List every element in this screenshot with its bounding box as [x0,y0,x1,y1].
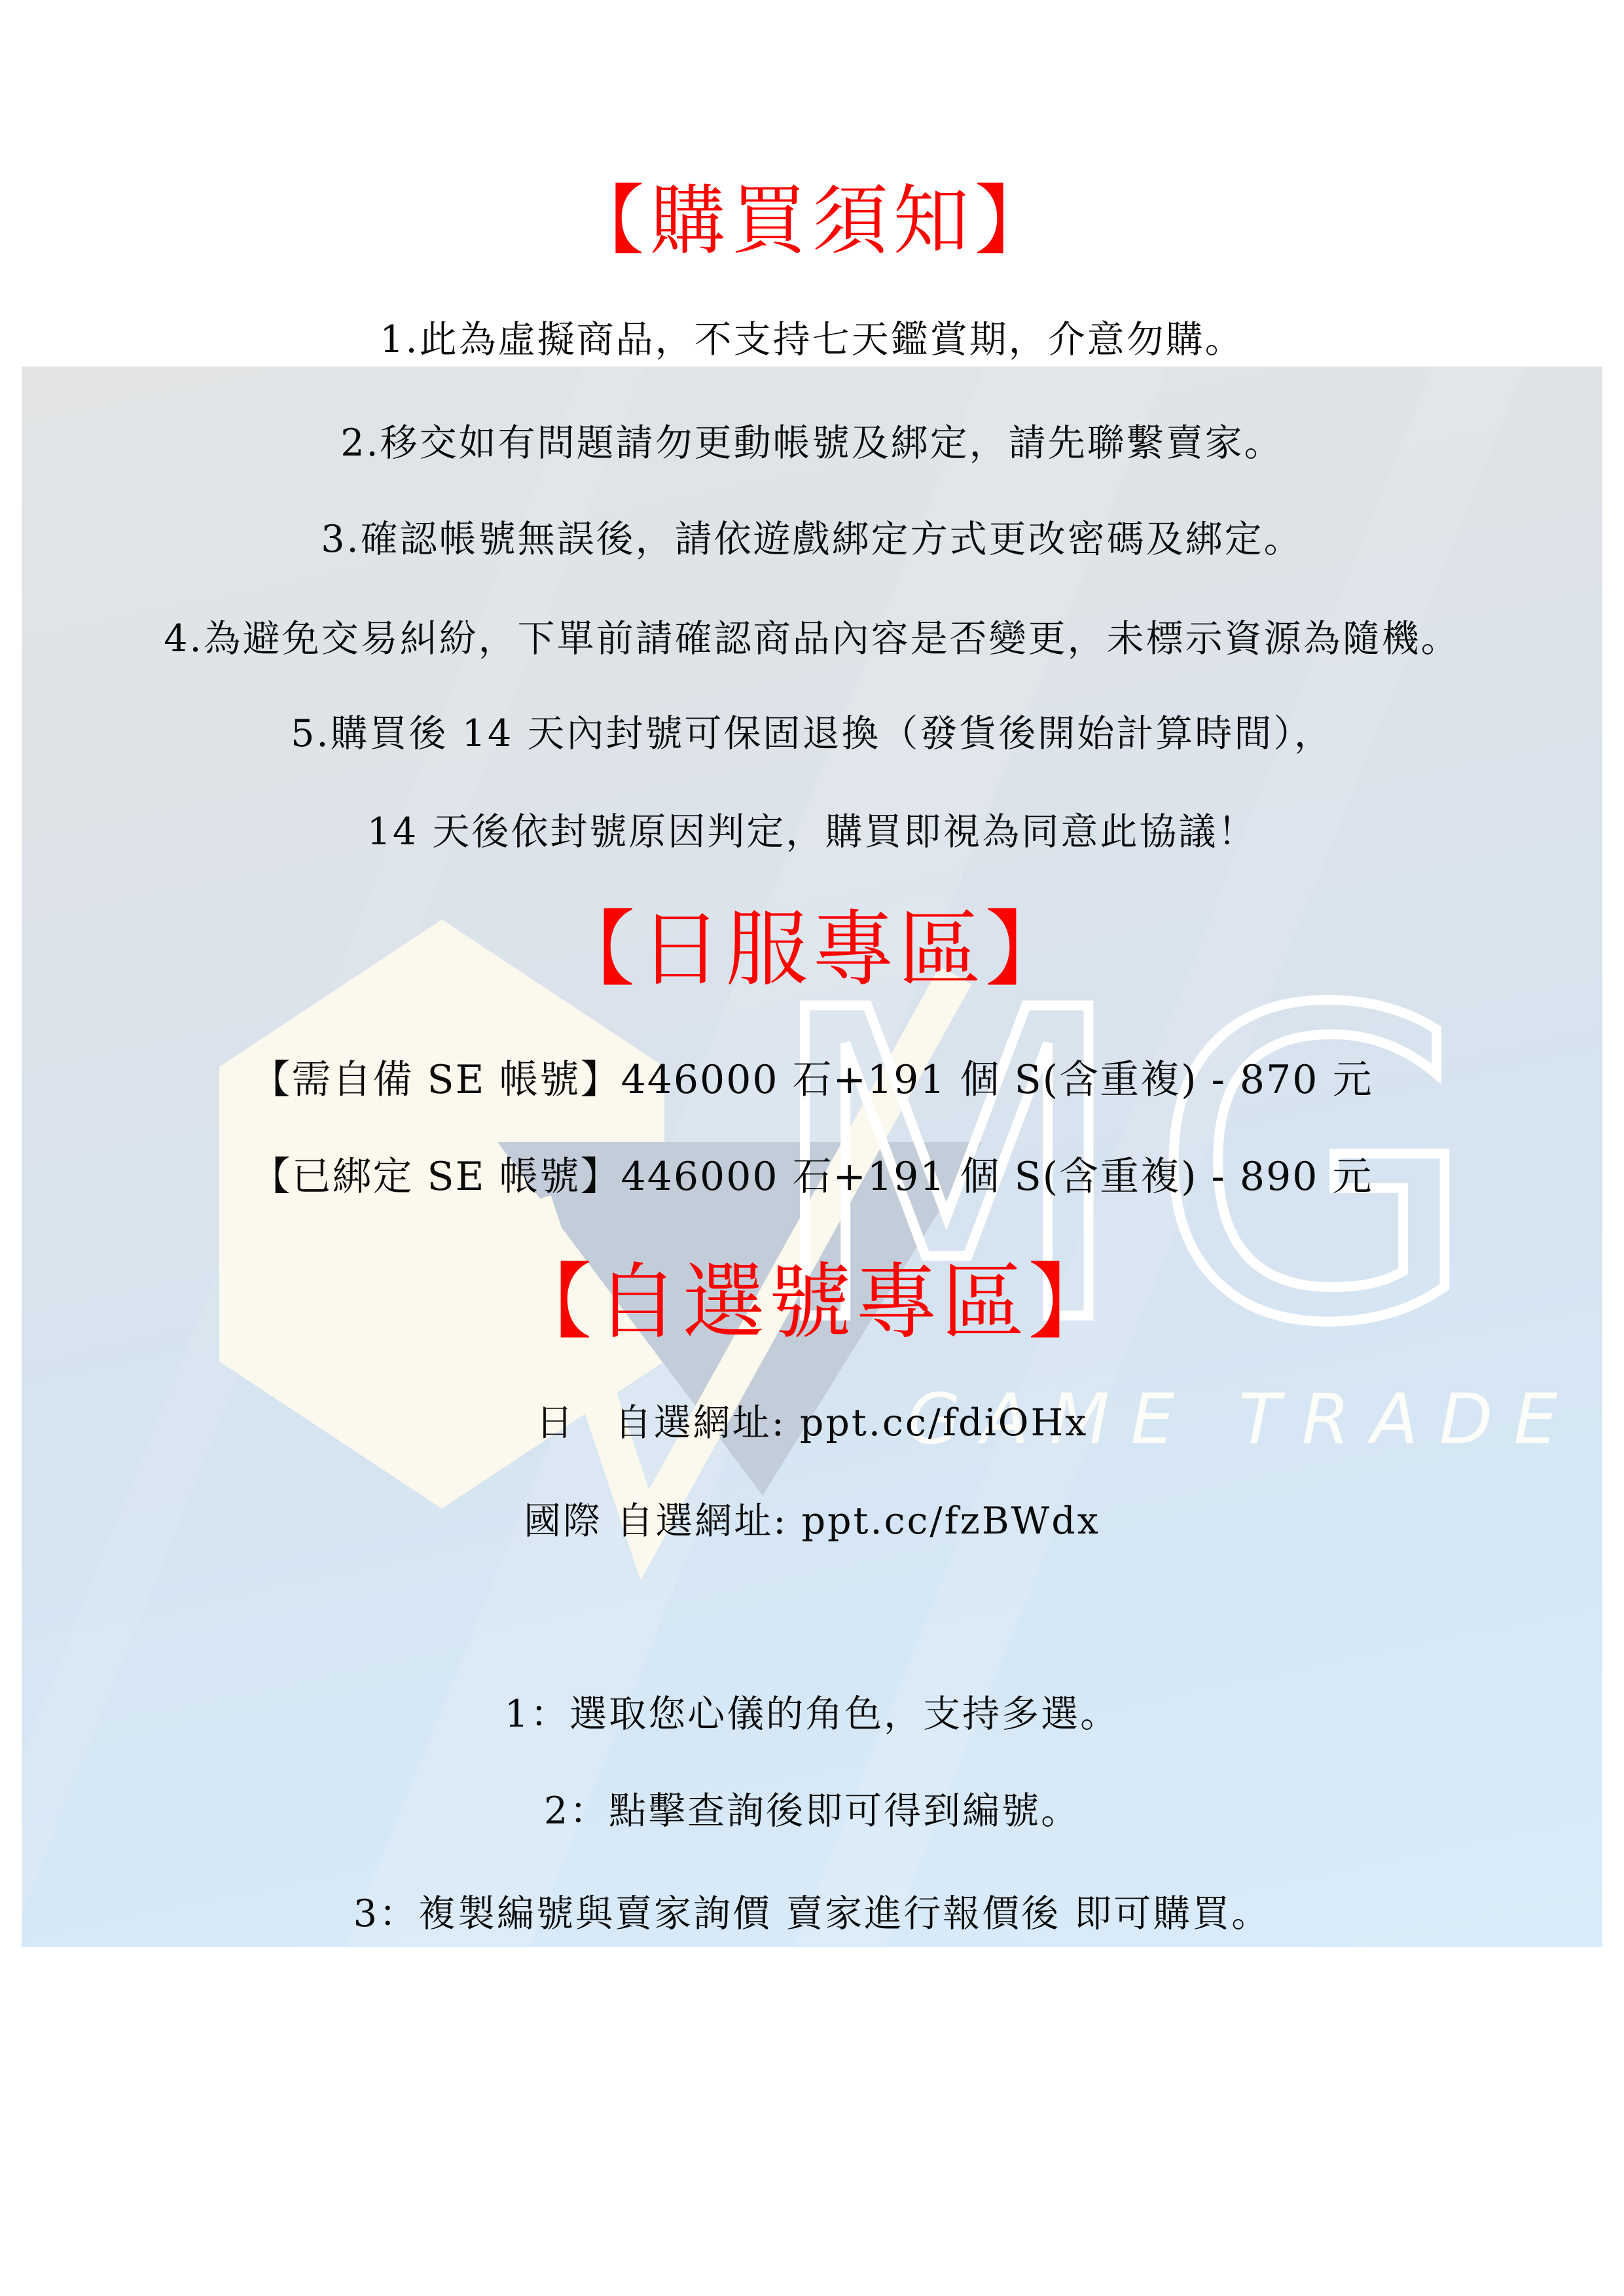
notice-line-4: 4.為避免交易糾紛，下單前請確認商品內容是否變更，未標示資源為隨機。 [0,618,1624,661]
link-line-global: 國際 自選網址: ppt.cc/fzBWdx [0,1500,1624,1543]
section-heading-jp-server: 【日服專區】 [0,908,1624,991]
notice-line-2: 2.移交如有問題請勿更動帳號及綁定，請先聯繫賣家。 [0,422,1624,465]
section-heading-custom-pick: 【自選號專區】 [0,1261,1624,1344]
page-title: 【購買須知】 [0,183,1624,259]
step-line-3: 3：複製編號與賣家詢價 賣家進行報價後 即可購買。 [0,1893,1624,1936]
step-line-1: 1：選取您心儀的角色，支持多選。 [0,1693,1624,1736]
notice-line-5-continued: 14 天後依封號原因判定，購買即視為同意此協議！ [0,811,1624,854]
flyer-page: MG GAME TRADE 【購買須知】 1.此為虛擬商品，不支持七天鑑賞期，介… [0,0,1624,2296]
link-line-jp: 日 自選網址: ppt.cc/fdiOHx [0,1402,1624,1445]
offer-line-bound-se-account: 【已綁定 SE 帳號】446000 石+191 個 S(含重複) - 890 元 [0,1155,1624,1200]
notice-line-1: 1.此為虛擬商品，不支持七天鑑賞期，介意勿購。 [0,319,1624,362]
step-line-2: 2：點擊查詢後即可得到編號。 [0,1790,1624,1833]
notice-line-3: 3.確認帳號無誤後，請依遊戲綁定方式更改密碼及綁定。 [0,518,1624,562]
notice-line-5: 5.購買後 14 天內封號可保固退換（發貨後開始計算時間）， [0,713,1624,756]
offer-line-own-se-account: 【需自備 SE 帳號】446000 石+191 個 S(含重複) - 870 元 [0,1058,1624,1103]
